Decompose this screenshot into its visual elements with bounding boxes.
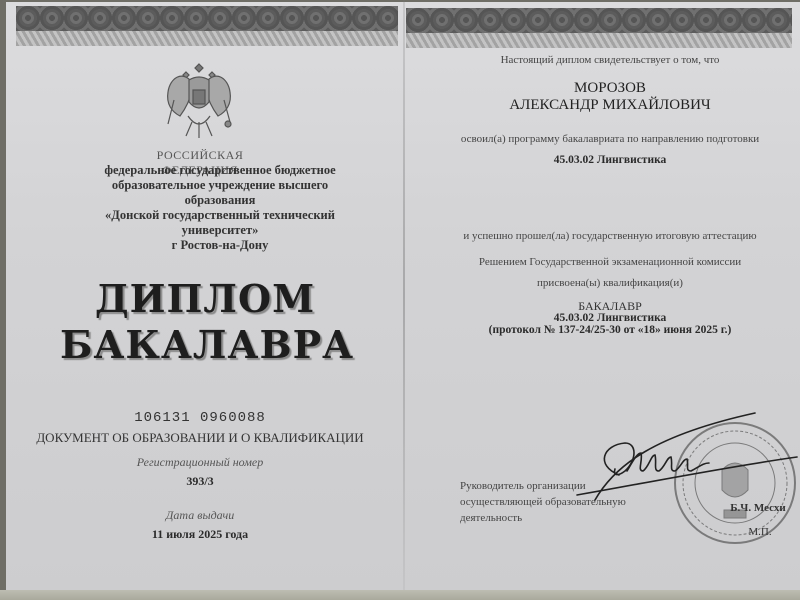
signatory-name: Б.Ч. Месхи	[728, 502, 788, 514]
attestation-text: и успешно прошел(ла) государственную ито…	[440, 230, 780, 242]
program-code: 45.03.02 Лингвистика	[470, 154, 750, 166]
registration-label: Регистрационный номер	[100, 455, 300, 470]
double-headed-eagle-icon	[162, 60, 236, 142]
protocol-text: (протокол № 137-24/25-30 от «18» июня 20…	[440, 324, 780, 337]
signature-icon	[575, 405, 800, 515]
assigned-text: присвоена(ы) квалификация(и)	[470, 277, 750, 289]
title-line-1: ДИПЛОМ	[60, 276, 350, 322]
issue-date: 11 июля 2025 года	[100, 527, 300, 542]
program-text: освоил(а) программу бакалавриата по напр…	[440, 133, 780, 145]
diploma-title: ДИПЛОМ БАКАЛАВРА	[60, 276, 350, 368]
center-fold	[403, 0, 405, 590]
institution-line: г Ростов-на-Дону	[90, 238, 350, 253]
qualification-program: 45.03.02 Лингвистика	[470, 312, 750, 324]
institution-line: федеральное государственное бюджетное	[90, 163, 350, 178]
seal-mark: М.П.	[740, 526, 780, 538]
institution-line: «Донской государственный технический уни…	[90, 208, 350, 238]
institution-block: федеральное государственное бюджетное об…	[90, 163, 350, 253]
title-line-2: БАКАЛАВРА	[60, 322, 350, 368]
graduate-surname: МОРОЗОВ	[470, 80, 750, 97]
ornamental-band-left	[16, 6, 398, 46]
institution-line: образовательное учреждение высшего образ…	[90, 178, 350, 208]
issue-date-label: Дата выдачи	[100, 508, 300, 523]
commission-text: Решением Государственной экзаменационной…	[440, 256, 780, 268]
serial-number: 106131 0960088	[100, 410, 300, 426]
registration-number: 393/3	[150, 474, 250, 489]
intro-text: Настоящий диплом свидетельствует о том, …	[470, 54, 750, 66]
ornamental-band-right	[406, 8, 792, 48]
document-type: ДОКУМЕНТ ОБ ОБРАЗОВАНИИ И О КВАЛИФИКАЦИИ	[20, 430, 380, 446]
table-surface	[0, 590, 800, 600]
graduate-given-names: АЛЕКСАНДР МИХАЙЛОВИЧ	[470, 97, 750, 114]
qualification: БАКАЛАВР	[470, 300, 750, 312]
